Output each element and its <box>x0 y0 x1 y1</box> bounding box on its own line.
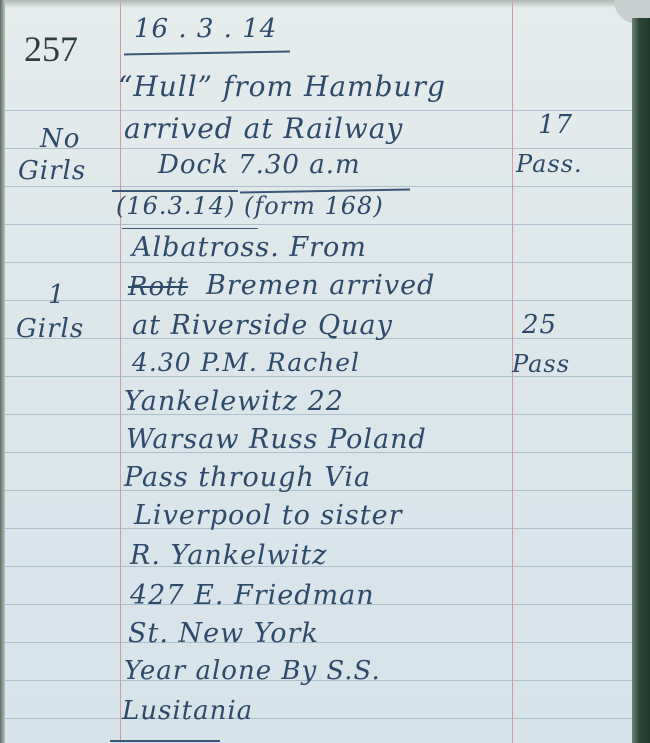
passenger-count: 17 <box>538 110 573 140</box>
page-top-shadow <box>0 0 650 8</box>
passenger-count: 25 <box>522 310 557 340</box>
entry-line: “Hull” from Hamburg <box>118 70 446 103</box>
entry-line: Liverpool to sister <box>134 500 403 531</box>
struck-word: Rott <box>128 272 188 302</box>
left-margin-note: No <box>40 124 80 154</box>
passenger-label: Pass. <box>516 150 583 178</box>
entry-line: Warsaw Russ Poland <box>126 424 427 455</box>
entry-line: Pass through Via <box>124 462 371 493</box>
entry-line: Lusitania <box>122 696 253 726</box>
entry-line: St. New York <box>128 618 319 649</box>
entry-line: arrived at Railway <box>124 112 403 145</box>
ledger-page: 257 16 . 3 . 14 “Hull” from Hamburg arri… <box>0 0 650 743</box>
ruled-line <box>5 718 632 719</box>
entry-separator <box>110 740 220 742</box>
entry-line: 4.30 P.M. Rachel <box>132 348 360 377</box>
left-margin-note: Girls <box>16 314 84 344</box>
entry-number: 257 <box>24 28 78 70</box>
entry-line: Bremen arrived <box>206 270 435 301</box>
entry-line: R. Yankelwitz <box>130 540 328 571</box>
date-underline <box>124 51 290 56</box>
book-binding <box>632 18 650 743</box>
page-left-edge <box>0 0 5 743</box>
entry-line: Albatross. From <box>132 232 367 263</box>
entry-line: at Riverside Quay <box>132 310 393 341</box>
passenger-label: Pass <box>512 350 570 378</box>
left-margin-line <box>120 0 121 743</box>
entry-line: Dock 7.30 a.m <box>158 150 361 180</box>
date-underline <box>122 228 258 229</box>
ruled-line <box>5 224 632 225</box>
left-margin-note: Girls <box>18 156 86 186</box>
entry-date: 16 . 3 . 14 <box>134 14 277 44</box>
entry-line: 427 E. Friedman <box>130 580 375 611</box>
left-margin-note: 1 <box>48 280 66 310</box>
ruled-line <box>5 148 632 149</box>
ruled-line <box>5 186 632 187</box>
form-reference: (16.3.14) (form 168) <box>116 192 384 220</box>
entry-line: Yankelewitz 22 <box>124 386 344 417</box>
entry-line: Year alone By S.S. <box>124 656 381 686</box>
